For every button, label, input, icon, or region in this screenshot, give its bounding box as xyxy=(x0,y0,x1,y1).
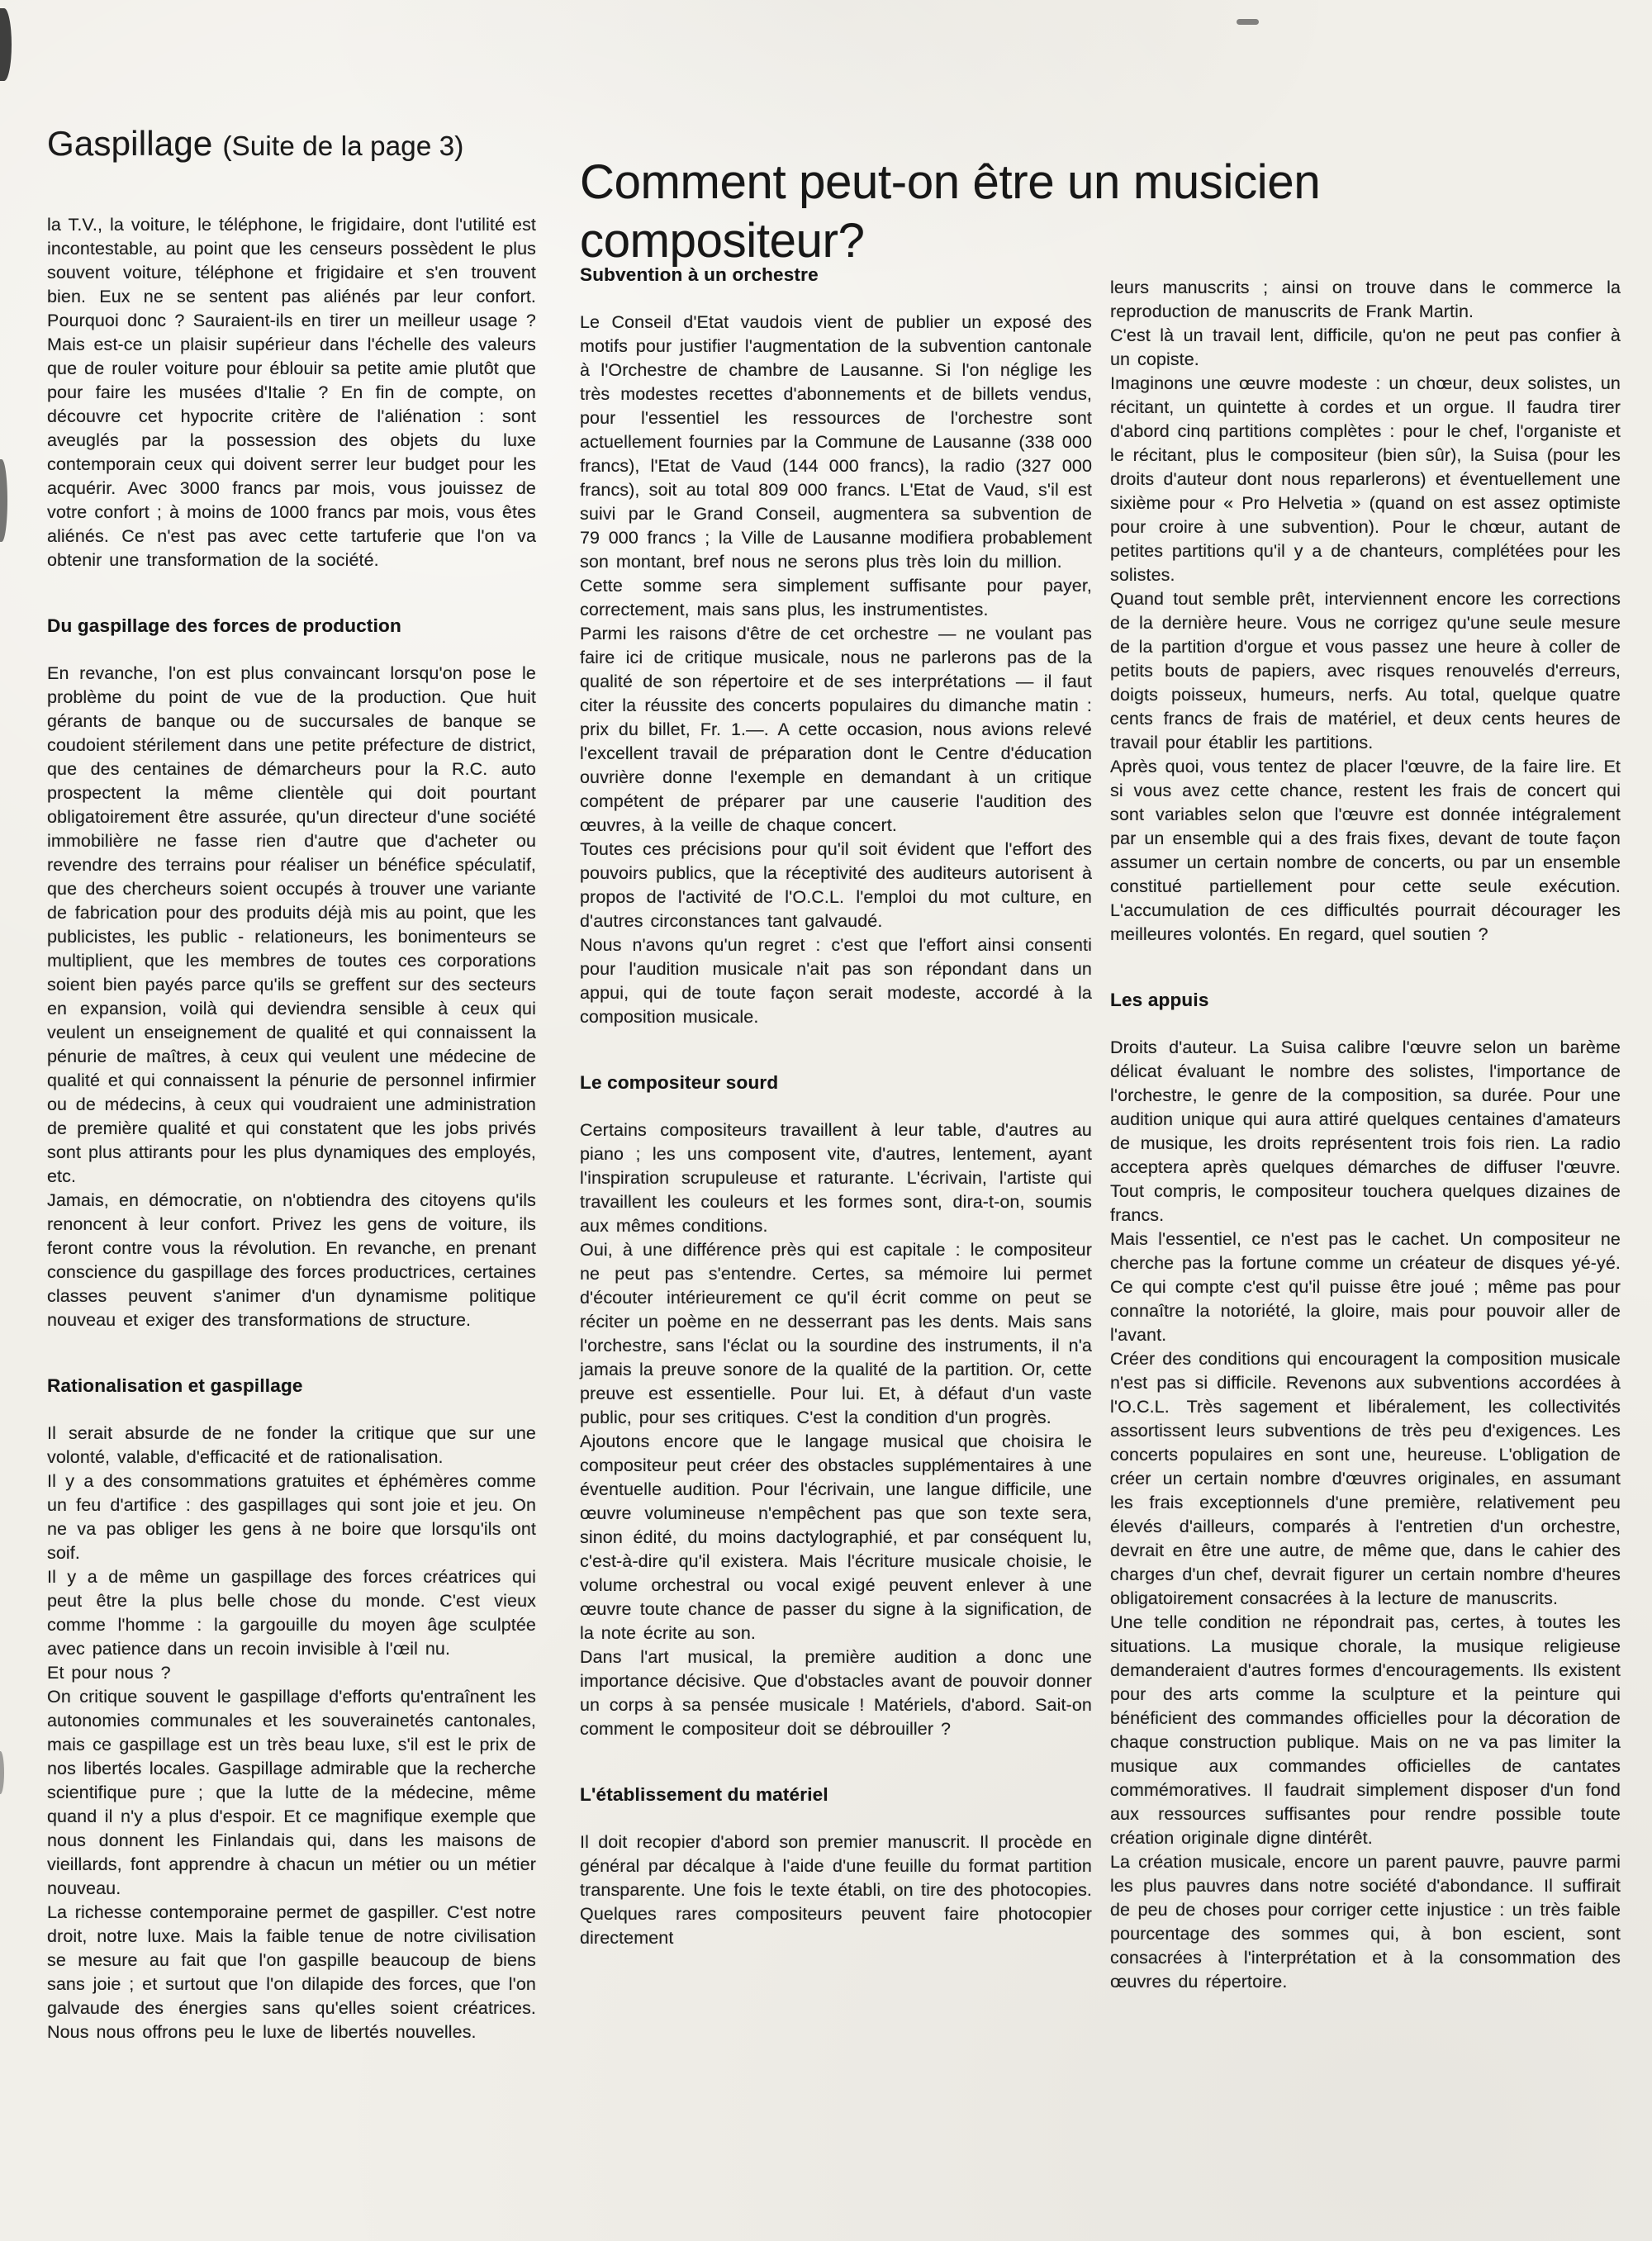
paragraph: Droits d'auteur. La Suisa calibre l'œuvr… xyxy=(1110,1036,1621,1227)
paragraph: En revanche, l'on est plus convaincant l… xyxy=(47,662,536,1189)
section-heading: Du gaspillage des forces de production xyxy=(47,615,536,637)
paragraph: Certains compositeurs travaillent à leur… xyxy=(580,1118,1092,1238)
paragraph: Oui, à une différence près qui est capit… xyxy=(580,1238,1092,1430)
paragraph: Quand tout semble prêt, interviennent en… xyxy=(1110,587,1621,755)
column-middle: Subvention à un orchestre Le Conseil d'E… xyxy=(580,264,1092,1950)
section-heading: L'établissement du matériel xyxy=(580,1784,1092,1806)
gaspillage-heading-suffix: (Suite de la page 3) xyxy=(222,131,463,161)
section-rationalisation: Rationalisation et gaspillage Il serait … xyxy=(47,1375,536,2044)
scan-artifact xyxy=(0,459,7,542)
paragraph: C'est là un travail lent, difficile, qu'… xyxy=(1110,324,1621,372)
paragraph: Le Conseil d'Etat vaudois vient de publi… xyxy=(580,311,1092,574)
paragraph: Nous n'avons qu'un regret : c'est que l'… xyxy=(580,933,1092,1029)
section-heading: Rationalisation et gaspillage xyxy=(47,1375,536,1397)
scan-artifact xyxy=(1237,19,1259,25)
paragraph: Jamais, en démocratie, on n'obtiendra de… xyxy=(47,1189,536,1332)
column-left: Gaspillage(Suite de la page 3) la T.V., … xyxy=(47,124,536,2044)
paragraph: La richesse contemporaine permet de gasp… xyxy=(47,1901,536,2044)
paragraph: Cette somme sera simplement suffisante p… xyxy=(580,574,1092,622)
section-heading: Le compositeur sourd xyxy=(580,1072,1092,1094)
paragraph: Créer des conditions qui encouragent la … xyxy=(1110,1347,1621,1611)
gaspillage-heading: Gaspillage(Suite de la page 3) xyxy=(47,124,536,164)
paragraph: Il serait absurde de ne fonder la critiq… xyxy=(47,1422,536,1469)
paragraph: Une telle condition ne répondrait pas, c… xyxy=(1110,1611,1621,1850)
section-intro: la T.V., la voiture, le téléphone, le fr… xyxy=(47,213,536,572)
paragraph: la T.V., la voiture, le téléphone, le fr… xyxy=(47,213,536,572)
paragraph: leurs manuscrits ; ainsi on trouve dans … xyxy=(1110,276,1621,324)
article-title-line2: compositeur? xyxy=(580,214,865,268)
newspaper-page: Gaspillage(Suite de la page 3) la T.V., … xyxy=(0,0,1652,2241)
paragraph: Parmi les raisons d'être de cet orchestr… xyxy=(580,622,1092,838)
scan-artifact xyxy=(0,1751,4,1794)
section-etablissement-materiel: L'établissement du matériel Il doit reco… xyxy=(580,1784,1092,1950)
paragraph: Ajoutons encore que le langage musical q… xyxy=(580,1430,1092,1645)
paragraph: Après quoi, vous tentez de placer l'œuvr… xyxy=(1110,755,1621,947)
section-heading: Les appuis xyxy=(1110,990,1621,1011)
section-subvention: Subvention à un orchestre Le Conseil d'E… xyxy=(580,264,1092,1029)
section-materiel-suite: leurs manuscrits ; ainsi on trouve dans … xyxy=(1110,276,1621,947)
paragraph: Mais l'essentiel, ce n'est pas le cachet… xyxy=(1110,1227,1621,1347)
article-title-line1: Comment peut-on être un musicien xyxy=(580,155,1320,209)
section-les-appuis: Les appuis Droits d'auteur. La Suisa cal… xyxy=(1110,990,1621,1994)
paragraph: Et pour nous ? xyxy=(47,1661,536,1685)
gaspillage-heading-title: Gaspillage xyxy=(47,124,212,163)
section-compositeur-sourd: Le compositeur sourd Certains compositeu… xyxy=(580,1072,1092,1741)
paragraph: La création musicale, encore un parent p… xyxy=(1110,1850,1621,1994)
section-heading: Subvention à un orchestre xyxy=(580,264,1092,286)
scan-artifact xyxy=(0,8,12,81)
column-right: leurs manuscrits ; ainsi on trouve dans … xyxy=(1110,276,1621,1994)
paragraph: Toutes ces précisions pour qu'il soit év… xyxy=(580,838,1092,933)
article-title: Comment peut-on être un musiciencomposit… xyxy=(580,153,1530,270)
paragraph: Imaginons une œuvre modeste : un chœur, … xyxy=(1110,372,1621,587)
paragraph: Il y a des consommations gratuites et ép… xyxy=(47,1469,536,1565)
paragraph: Dans l'art musical, la première audition… xyxy=(580,1645,1092,1741)
paragraph: Il doit recopier d'abord son premier man… xyxy=(580,1830,1092,1950)
section-forces-de-production: Du gaspillage des forces de production E… xyxy=(47,615,536,1332)
paragraph: Il y a de même un gaspillage des forces … xyxy=(47,1565,536,1661)
paragraph: On critique souvent le gaspillage d'effo… xyxy=(47,1685,536,1901)
